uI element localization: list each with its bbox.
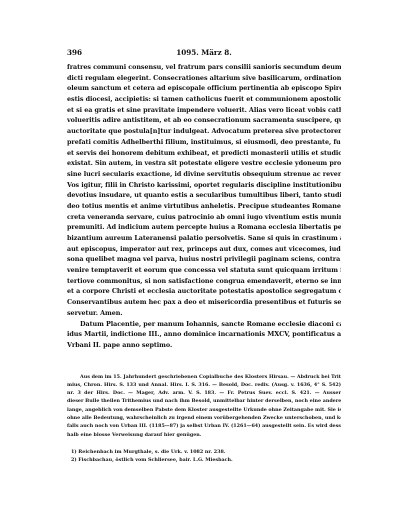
note-line: ohne alle Bedeutung, wahrscheinlich zu i…	[67, 414, 341, 422]
dating-line: Vrbani II. pape anno septimo.	[67, 340, 341, 351]
text-line: Conservantibus autem hec pax a deo et mi…	[67, 297, 341, 308]
text-line: deo totius mentis et anime virtutibus an…	[67, 201, 341, 212]
text-line: sine lucri secularis exactione, id divin…	[67, 169, 341, 180]
text-line: servetur. Amen.	[67, 308, 341, 319]
text-line: dicti regulam elegerint. Consecrationes …	[67, 73, 341, 84]
note-line: Aus dem im 15. Jahrhundert geschriebenen…	[67, 373, 341, 381]
text-line: et a corpore Christi et ecclesia auctori…	[67, 286, 341, 297]
page-header: 396 1095. März 8.	[67, 47, 341, 59]
document-date: 1095. März 8.	[67, 47, 341, 59]
text-line: auctoritate que postula[n]tur indulgeat.…	[67, 126, 341, 137]
dating-line: idus Martii, indictione III., anno domin…	[67, 329, 341, 340]
text-line: prefati comitis Adhelberthi filium, inst…	[67, 137, 341, 148]
note-line: mius, Chron. Hirs. S. 133 und Annal. Hir…	[67, 381, 341, 389]
text-line: existat. Sin autem, in vestra sit potest…	[67, 158, 341, 169]
editorial-note: Aus dem im 15. Jahrhundert geschriebenen…	[67, 373, 341, 439]
dating-line: Datum Placentie, per manum Iohannis, san…	[67, 319, 341, 330]
footnote: 2) Fischbachau, östlich vom Schliersee, …	[71, 456, 341, 464]
footnotes: 1) Reichenbach im Murgthale, s. die Urk.…	[67, 448, 341, 464]
text-line: bizantium aureum Lateranensi palatio per…	[67, 233, 341, 244]
text-line: oleum sanctum et cetera ad episcopale of…	[67, 83, 341, 94]
note-line: nr. 3 der Hirs. Doc. — Mager, Adv. arm. …	[67, 389, 341, 397]
text-line: sona quelibet magna vel parva, huius nos…	[67, 254, 341, 265]
note-line: lange, angeblich von demselben Pabste de…	[67, 406, 341, 414]
text-line: et si ea gratis et sine pravitate impend…	[67, 105, 341, 116]
text-line: creta veneranda servare, cuius patrocini…	[67, 212, 341, 223]
text-line: tertiove commonitus, si non satisfaction…	[67, 276, 341, 287]
text-line: devotius insudare, ut quanto estis a sec…	[67, 190, 341, 201]
note-line: halb eine blosse Verweisung darauf hier …	[67, 431, 341, 439]
document-body: fratres communi consensu, vel fratrum pa…	[67, 62, 341, 351]
document-page: 396 1095. März 8. fratres communi consen…	[67, 47, 341, 464]
footnote: 1) Reichenbach im Murgthale, s. die Urk.…	[71, 448, 341, 456]
text-line: estis diocesi, accipietis: si tamen cath…	[67, 94, 341, 105]
text-line: venire temptaverit et eorum que concessa…	[67, 265, 341, 276]
text-line: premuniti. Ad indicium autem percepte hu…	[67, 222, 341, 233]
note-line: falls auch noch von Urban III. (1185—87)…	[67, 422, 341, 430]
text-line: et servis dei honorem debitum exhibeat, …	[67, 148, 341, 159]
text-line: Vos igitur, filii in Christo karissimi, …	[67, 180, 341, 191]
note-line: dieser Bulle theilen Trithemius und nach…	[67, 397, 341, 405]
text-line: aut episcopus, imperator aut rex, prince…	[67, 244, 341, 255]
text-line: volueritis adire antistitem, et ab eo co…	[67, 115, 341, 126]
text-line: fratres communi consensu, vel fratrum pa…	[67, 62, 341, 73]
